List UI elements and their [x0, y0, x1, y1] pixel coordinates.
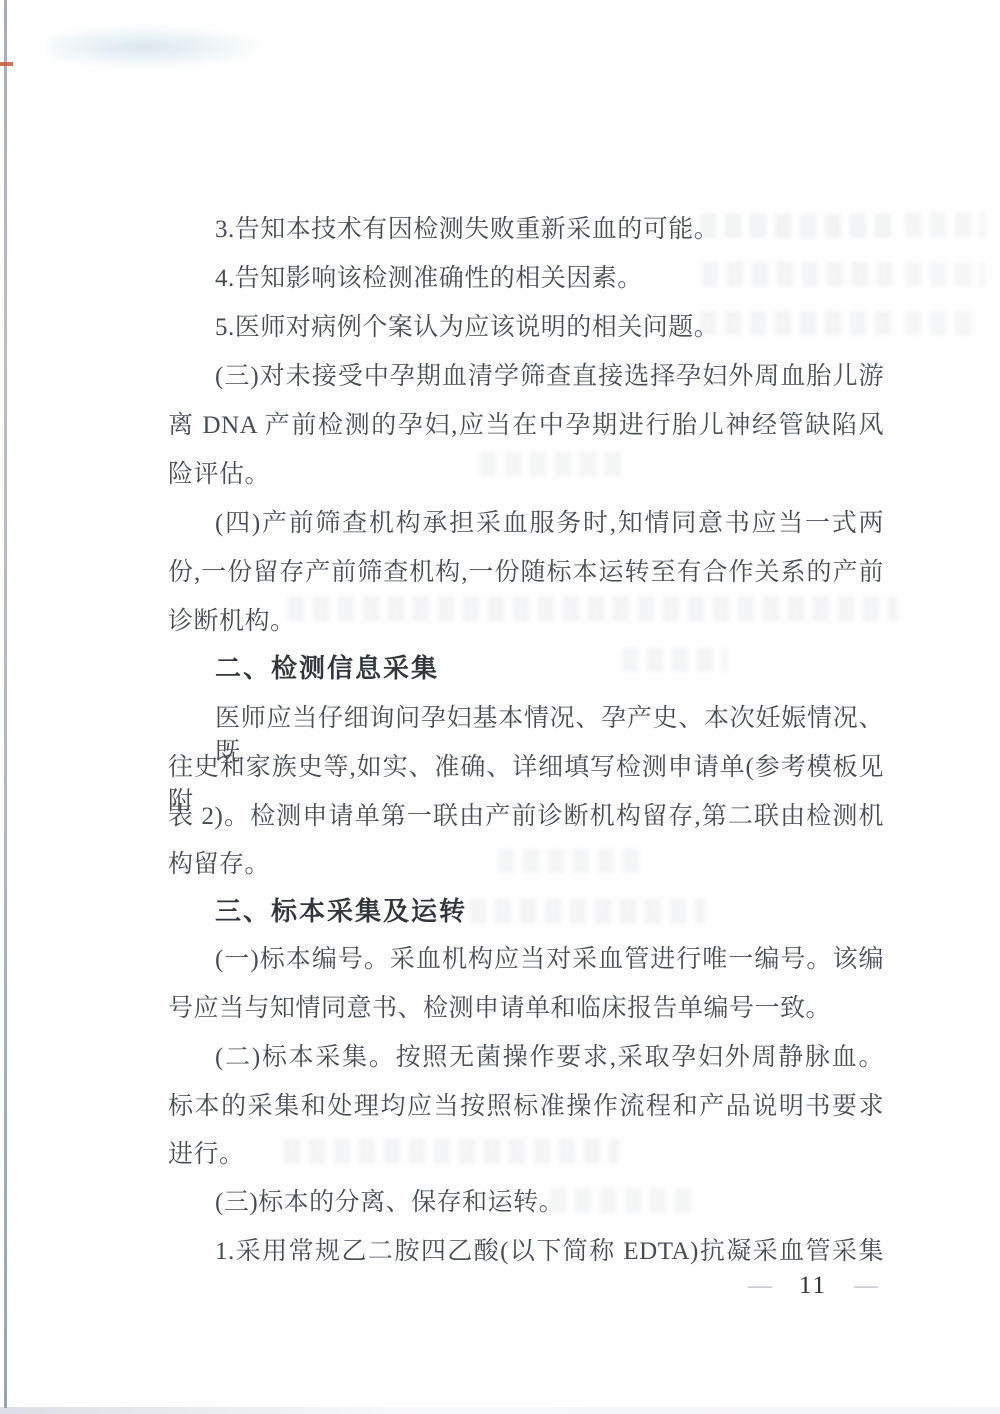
scan-bottom-shadow: [0, 1407, 1000, 1414]
body-line: 份,一份留存产前筛查机构,一份随标本运转至有合作关系的产前: [168, 556, 884, 590]
red-registration-mark: [0, 62, 13, 66]
body-line: (三)对未接受中孕期血清学筛查直接选择孕妇外周血胎儿游: [168, 360, 884, 394]
body-line: 进行。: [168, 1138, 884, 1172]
body-line: 离 DNA 产前检测的孕妇,应当在中孕期进行胎儿神经管缺陷风: [168, 409, 884, 443]
page-number: — 11 —: [748, 1272, 878, 1300]
body-line: 1.采用常规乙二胺四乙酸(以下简称 EDTA)抗凝采血管采集: [168, 1235, 884, 1269]
body-line: 标本的采集和处理均应当按照标准操作流程和产品说明书要求: [168, 1090, 884, 1124]
body-line: (二)标本采集。按照无菌操作要求,采取孕妇外周静脉血。: [168, 1041, 884, 1075]
ink-bleed-artifact: [48, 26, 263, 68]
dash-decoration: —: [748, 1277, 772, 1296]
body-line: 诊断机构。: [168, 605, 884, 639]
body-line: (三)标本的分离、保存和运转。: [168, 1186, 884, 1220]
page-number-value: 11: [799, 1272, 827, 1300]
dash-decoration: —: [854, 1277, 878, 1296]
ink-bleed-artifact: [905, 213, 985, 237]
body-line: (四)产前筛查机构承担采血服务时,知情同意书应当一式两: [168, 507, 884, 541]
body-line: 险评估。: [168, 458, 884, 492]
section-heading: 二、检测信息采集: [168, 651, 884, 685]
body-line: (一)标本编号。采血机构应当对采血管进行唯一编号。该编: [168, 943, 884, 977]
section-heading: 三、标本采集及运转: [168, 894, 884, 928]
document-page: 3.告知本技术有因检测失败重新采血的可能。 4.告知影响该检测准确性的相关因素。…: [0, 0, 1000, 1414]
body-line: 表 2)。检测申请单第一联由产前诊断机构留存,第二联由检测机: [168, 800, 884, 834]
ink-bleed-artifact: [905, 311, 980, 335]
body-line: 3.告知本技术有因检测失败重新采血的可能。: [168, 213, 884, 247]
body-line: 5.医师对病例个案认为应该说明的相关问题。: [168, 311, 884, 345]
body-line: 4.告知影响该检测准确性的相关因素。: [168, 262, 884, 296]
scan-edge-line: [4, 0, 7, 1408]
body-line: 构留存。: [168, 848, 884, 882]
ink-bleed-artifact: [905, 262, 985, 286]
body-line: 号应当与知情同意书、检测申请单和临床报告单编号一致。: [168, 992, 884, 1026]
